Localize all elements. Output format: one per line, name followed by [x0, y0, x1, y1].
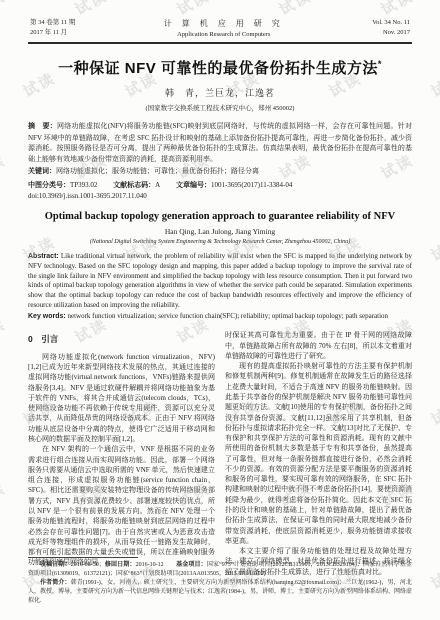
received-date-label: 收稿日期： — [40, 562, 71, 568]
fund-label: 基金项目： — [176, 562, 207, 568]
body-paragraph: 在 NFV 架构的一个通信云中，VNF 是根据不同的业务需求进行组合连接从而实现… — [28, 444, 215, 567]
journal-issue-cn: 第 34 卷第 11 期 — [30, 18, 75, 28]
affiliation-cn: (国家数字交换系统工程技术研究中心，郑州 450002) — [28, 103, 412, 112]
doi-line: doi:10.3969/j.issn.1001-3695.2017.11.040 — [28, 192, 412, 200]
paper-title-en: Optimal backup topology generation appro… — [28, 211, 412, 222]
footnote-line-bio: 作者简介：韩青(1991-)，女，河南人，硕士研究生，主要研究方向为新型网络体系… — [28, 579, 412, 606]
article-id-pair: 文章编号：1001-3695(2017)11-3384-04 — [176, 181, 292, 189]
journal-date-en: Nov. 2017 — [372, 28, 410, 38]
paper-title-cn-text: 一种保证 NFV 可靠性的最优备份拓扑生成方法 — [58, 60, 378, 77]
keywords-cn-label: 关键词： — [28, 168, 56, 175]
footnote-line-dates-fund: 收稿日期：2016-08-30；修回日期：2016-10-12 基金项目：国家“… — [28, 561, 412, 579]
authors-en: Han Qing, Lan Julong, Jiang Yiming — [28, 227, 412, 236]
keywords-en-text: network function virtualization; service… — [67, 312, 388, 320]
doc-code-pair: 文献标志码：A — [113, 181, 160, 189]
body-paragraph: 现有的提高虚拟拓扑映射可靠性的方法主要有保护机制和修复机制两种[9]。修复机制通… — [225, 361, 412, 546]
abstract-cn-label: 摘 要： — [28, 123, 57, 130]
paper-page: 试读试读试读试读试读试读试读试读试读试读试读试读试读试读试读试读试读试读试读试读… — [0, 0, 440, 620]
classification-line: 中图分类号：TP393.02 文献标志码：A 文章编号：1001-3695(20… — [28, 180, 412, 190]
header-rule — [28, 42, 412, 44]
revised-date-value: 2016-10-12 — [136, 562, 176, 568]
footnote-rule — [28, 557, 138, 558]
doc-code-label: 文献标志码： — [113, 182, 155, 189]
clc-label: 中图分类号： — [28, 182, 70, 189]
clc-pair: 中图分类号：TP393.02 — [28, 181, 97, 189]
footnote-block: 收稿日期：2016-08-30；修回日期：2016-10-12 基金项目：国家“… — [28, 557, 412, 606]
abstract-cn: 摘 要：网络功能虚拟化(NFV)将服务功能链(SFC)映射到底层网络时，与传统的… — [28, 121, 412, 164]
revised-date-label: 修回日期： — [105, 562, 136, 568]
author-bio-label: 作者简介： — [40, 580, 71, 586]
body-paragraph: 时保证其高可靠性尤为重要。由于在 IP 骨干网的网络故障中，单链路故障占所有故障… — [225, 330, 412, 361]
journal-name-en: Application Research of Computers — [164, 31, 284, 38]
clc-value: TP393.02 — [70, 181, 97, 189]
title-footnote-mark: * — [378, 59, 382, 69]
paper-title-cn: 一种保证 NFV 可靠性的最优备份拓扑生成方法* — [28, 57, 412, 78]
abstract-en: Abstract: Like traditional virtual netwo… — [28, 252, 412, 312]
journal-date-cn: 2017 年 11 月 — [30, 28, 75, 38]
abstract-en-label: Abstract: — [28, 253, 59, 260]
author-bio-text: 韩青(1991-)，女，河南人，硕士研究生，主要研究方向为新型网络体系结构(ha… — [28, 580, 412, 604]
article-id-label: 文章编号： — [176, 182, 211, 189]
journal-issue-block: 第 34 卷第 11 期 2017 年 11 月 — [30, 18, 75, 38]
journal-header: 第 34 卷第 11 期 2017 年 11 月 计 算 机 应 用 研 究 A… — [28, 18, 412, 38]
paper-content: 第 34 卷第 11 期 2017 年 11 月 计 算 机 应 用 研 究 A… — [0, 0, 440, 577]
doc-code-value: A — [155, 181, 160, 189]
keywords-cn-text: 网络功能虚拟化；服务功能链；可靠性；最优备份拓扑；路径分离 — [56, 167, 259, 175]
right-column: 时保证其高可靠性尤为重要。由于在 IP 骨干网的网络故障中，单链路故障占所有故障… — [225, 330, 412, 577]
authors-cn: 韩 青，兰巨龙，江逸茗 — [28, 86, 412, 99]
journal-name-block: 计 算 机 应 用 研 究 Application Research of Co… — [164, 18, 284, 38]
journal-name-cn: 计 算 机 应 用 研 究 — [164, 18, 284, 29]
footnote-text: 收稿日期：2016-08-30；修回日期：2016-10-12 基金项目：国家“… — [28, 561, 412, 606]
keywords-en: Key words: network function virtualizati… — [28, 312, 412, 320]
article-id-value: 1001-3695(2017)11-3384-04 — [211, 181, 292, 189]
journal-vol-en: Vol. 34 No. 11 — [372, 18, 410, 28]
keywords-en-label: Key words: — [28, 313, 66, 320]
received-date-value: 2016-08-30； — [71, 562, 105, 568]
section-heading-intro: 0 引言 — [28, 333, 215, 345]
affiliation-en: (National Digital Switching System Engin… — [28, 239, 412, 245]
body-columns: 0 引言 网络功能虚拟化(network function virtualiza… — [28, 330, 412, 577]
abstract-cn-text: 网络功能虚拟化(NFV)将服务功能链(SFC)映射到底层网络时，与传统的虚拟网络… — [28, 122, 412, 163]
keywords-cn: 关键词：网络功能虚拟化；服务功能链；可靠性；最优备份拓扑；路径分离 — [28, 166, 412, 178]
body-paragraph: 网络功能虚拟化(network function virtualization，… — [28, 352, 215, 445]
left-column: 0 引言 网络功能虚拟化(network function virtualiza… — [28, 330, 215, 577]
journal-vol-block: Vol. 34 No. 11 Nov. 2017 — [372, 18, 410, 38]
abstract-en-text: Like traditional virtual network, the pr… — [28, 252, 412, 310]
